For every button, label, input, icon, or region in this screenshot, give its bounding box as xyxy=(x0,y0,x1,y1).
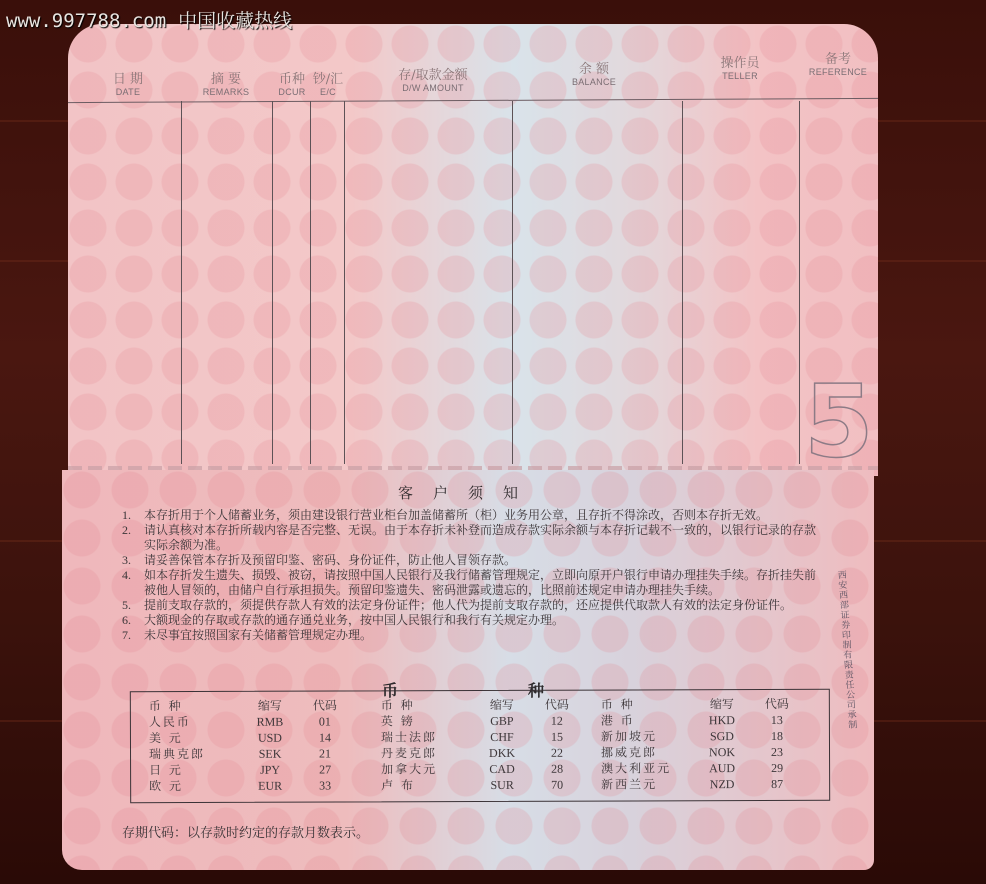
notice-page: 客户须知 1.本存折用于个人储蓄业务，须由建设银行营业柜台加盖储蓄所（柜）业务用… xyxy=(62,470,874,870)
currency-row: 卢 布SUR70 xyxy=(381,777,577,794)
currency-header-row: 币 种缩写代码 xyxy=(381,697,577,714)
notice-item: 5.提前支取存款的，须提供存款人有效的法定身份证件；他人代为提前支取存款的，还应… xyxy=(122,598,822,613)
notice-title: 客户须知 xyxy=(62,482,874,503)
ledger-page: 日 期 DATE 摘 要 REMARKS 币种 DCUR 钞/汇 E/C 存/取… xyxy=(68,24,878,476)
col-divider xyxy=(799,101,800,464)
currency-row: 港 币HKD13 xyxy=(601,712,797,729)
currency-row: 加拿大元CAD28 xyxy=(381,761,577,778)
watermark-url: www.997788.com xyxy=(6,10,166,32)
notice-item: 2.请认真核对本存折所载内容是否完整、无误。由于本存折未补登而造成存款实际余额与… xyxy=(122,523,822,553)
col-header-cash-transfer: 钞/汇 E/C xyxy=(308,68,348,97)
currency-row: 英 镑GBP12 xyxy=(381,713,577,730)
col-divider xyxy=(344,101,345,464)
header-rule xyxy=(68,98,878,103)
currency-group-1: 币 种缩写代码 人民币RMB01 美 元USD14 瑞典克郎SEK21 日 元J… xyxy=(149,697,345,794)
notice-item: 6.大额现金的存取或存款的通存通兑业务，按中国人民银行和我行有关规定办理。 xyxy=(122,613,822,628)
col-divider xyxy=(682,101,683,464)
col-divider xyxy=(512,101,513,464)
term-code-footnote: 存期代码：以存款时约定的存款月数表示。 xyxy=(122,822,369,841)
col-divider xyxy=(181,101,182,464)
currency-group-2: 币 种缩写代码 英 镑GBP12 瑞士法郎CHF15 丹麦克郎DKK22 加拿大… xyxy=(381,697,577,794)
currency-row: 新加坡元SGD18 xyxy=(601,728,797,745)
currency-row: 瑞士法郎CHF15 xyxy=(381,729,577,746)
currency-row: 美 元USD14 xyxy=(149,729,345,746)
col-header-currency: 币种 DCUR xyxy=(272,68,312,97)
currency-table: 币 种缩写代码 人民币RMB01 美 元USD14 瑞典克郎SEK21 日 元J… xyxy=(130,689,830,803)
col-divider xyxy=(272,101,273,464)
currency-row: 日 元JPY27 xyxy=(149,761,345,778)
col-header-amount: 存/取款金额 D/W AMOUNT xyxy=(368,64,498,93)
col-header-date: 日 期 DATE xyxy=(88,68,168,97)
notice-item: 3.请妥善保管本存折及预留印鉴、密码、身份证件，防止他人冒领存款。 xyxy=(122,553,822,568)
notice-list: 1.本存折用于个人储蓄业务，须由建设银行营业柜台加盖储蓄所（柜）业务用公章，且存… xyxy=(122,508,822,643)
notice-item: 1.本存折用于个人储蓄业务，须由建设银行营业柜台加盖储蓄所（柜）业务用公章，且存… xyxy=(122,508,822,523)
page-number: 5 xyxy=(804,372,874,472)
currency-row: 挪威克郎NOK23 xyxy=(601,744,797,761)
currency-row: 澳大利亚元AUD29 xyxy=(601,760,797,777)
watermark-site-name: 中国收藏热线 xyxy=(178,10,292,32)
notice-item: 7.未尽事宜按照国家有关储蓄管理规定办理。 xyxy=(122,628,822,643)
notice-item: 4.如本存折发生遗失、损毁、被窃，请按照中国人民银行及我行储蓄管理规定，立即向原… xyxy=(122,568,822,598)
currency-row: 欧 元EUR33 xyxy=(149,777,345,794)
currency-row: 丹麦克郎DKK22 xyxy=(381,745,577,762)
currency-group-3: 币 种缩写代码 港 币HKD13 新加坡元SGD18 挪威克郎NOK23 澳大利… xyxy=(601,696,797,793)
col-header-reference: 备考 REFERENCE xyxy=(798,48,878,77)
col-divider xyxy=(310,101,311,464)
col-header-teller: 操作员 TELLER xyxy=(700,52,780,81)
printer-mark: 西安西部证券印制有限责任公司承制 xyxy=(834,570,858,731)
currency-header-row: 币 种缩写代码 xyxy=(601,696,797,713)
currency-row: 瑞典克郎SEK21 xyxy=(149,745,345,762)
currency-row: 新西兰元NZD87 xyxy=(601,776,797,793)
col-header-balance: 余 额 BALANCE xyxy=(554,58,634,87)
site-watermark: www.997788.com中国收藏热线 xyxy=(6,6,292,33)
currency-header-row: 币 种缩写代码 xyxy=(149,697,345,714)
currency-row: 人民币RMB01 xyxy=(149,713,345,730)
col-header-remarks: 摘 要 REMARKS xyxy=(186,68,266,97)
